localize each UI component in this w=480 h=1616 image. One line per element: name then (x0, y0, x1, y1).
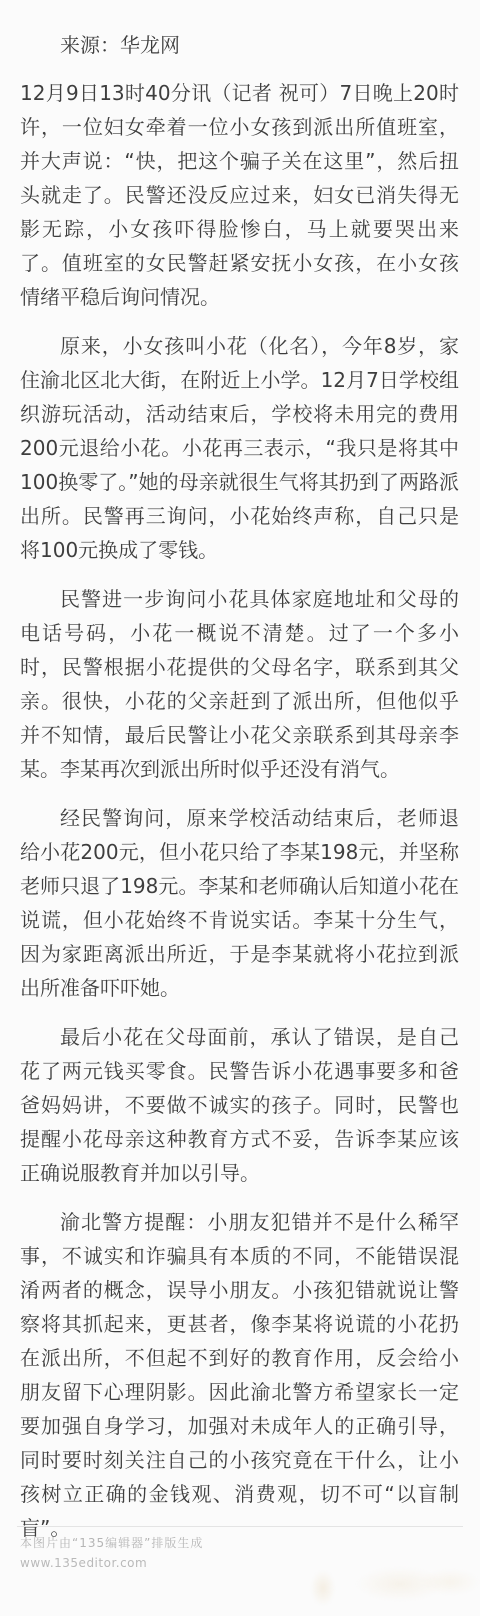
article-paragraph: 最后小花在父母面前，承认了错误，是自己花了两元钱买零食。民警告诉小花遇事要多和爸… (20, 1020, 459, 1190)
article-body: 来源：华龙网 12月9日13时40分讯（记者 祝可）7日晚上20时许，一位妇女牵… (0, 0, 480, 1545)
article-paragraph: 经民警询问，原来学校活动结束后，老师退给小花200元，但小花只给了李某198元，… (20, 801, 459, 1005)
article-paragraph: 原来，小女孩叫小花（化名），今年8岁，家住渝北区北大街，在附近上小学。12月7日… (20, 329, 459, 567)
article-paragraph: 民警进一步询问小花具体家庭地址和父母的电话号码，小花一概说不清楚。过了一个多小时… (20, 582, 459, 786)
article-paragraph: 渝北警方提醒：小朋友犯错并不是什么稀罕事，不诚实和诈骗具有本质的不同，不能错误混… (20, 1205, 459, 1545)
footer: 本图片由“135编辑器”排版生成 www.135editor.com (0, 1526, 480, 1616)
credit-text: 本图片由“135编辑器”排版生成 (0, 1536, 480, 1551)
article-paragraph: 12月9日13时40分讯（记者 祝可）7日晚上20时许，一位妇女牵着一位小女孩到… (20, 76, 459, 314)
website-text: www.135editor.com (0, 1556, 480, 1571)
source-label: 来源：华龙网 (20, 28, 459, 62)
article-page: 来源：华龙网 12月9日13时40分讯（记者 祝可）7日晚上20时许，一位妇女牵… (0, 0, 480, 1616)
footer-divider (17, 1526, 463, 1527)
